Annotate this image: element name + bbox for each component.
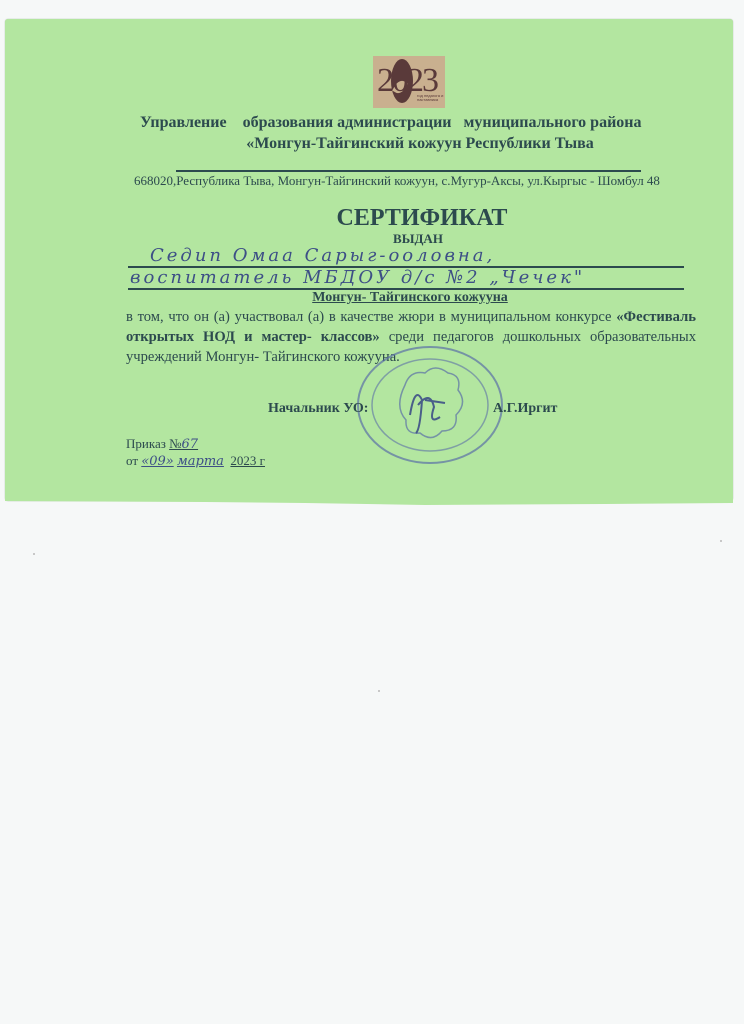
recipient-name: Седип Омаа Сарыг-ооловна, bbox=[150, 245, 495, 266]
order-number-value: 67 bbox=[182, 437, 199, 452]
torn-edge bbox=[5, 497, 733, 507]
header-line-2: «Монгун-Тайгинский кожуун Республики Тыв… bbox=[130, 135, 710, 153]
order-number: №67 bbox=[169, 436, 198, 451]
signature-title: Начальник УО: bbox=[268, 401, 368, 417]
header-divider bbox=[176, 170, 641, 172]
district: Монгун- Тайгинского кожууна bbox=[0, 290, 744, 306]
recipient-position: воспитатель МБДОУ д/с №2 „Чечек" bbox=[130, 267, 585, 288]
order-day: «09» bbox=[141, 454, 173, 469]
scan-speck bbox=[33, 553, 35, 555]
signature-name: А.Г.Иргит bbox=[493, 401, 557, 417]
number-sign: № bbox=[169, 436, 181, 451]
certificate-title: СЕРТИФИКАТ bbox=[0, 205, 744, 232]
logo-caption: год педагога и наставника bbox=[417, 94, 445, 102]
order-block: Приказ №67 от «09» марта 2023 г bbox=[126, 436, 265, 470]
order-line: Приказ №67 bbox=[126, 436, 265, 453]
official-stamp-icon bbox=[350, 345, 510, 465]
header-line-1: Управление образования администрации мун… bbox=[140, 114, 720, 132]
date-prefix: от bbox=[126, 453, 138, 468]
order-month: марта bbox=[177, 454, 224, 469]
year-2023-logo: 2023 год педагога и наставника bbox=[373, 56, 445, 108]
address: 668020,Республика Тыва, Монгун-Тайгински… bbox=[134, 173, 714, 189]
scan-speck bbox=[720, 540, 722, 542]
body-text-1: в том, что он (а) участвовал (а) в качес… bbox=[126, 309, 616, 325]
order-date-line: от «09» марта 2023 г bbox=[126, 453, 265, 470]
order-label: Приказ bbox=[126, 436, 166, 451]
order-year: 2023 г bbox=[230, 453, 265, 468]
scan-speck bbox=[378, 690, 380, 692]
